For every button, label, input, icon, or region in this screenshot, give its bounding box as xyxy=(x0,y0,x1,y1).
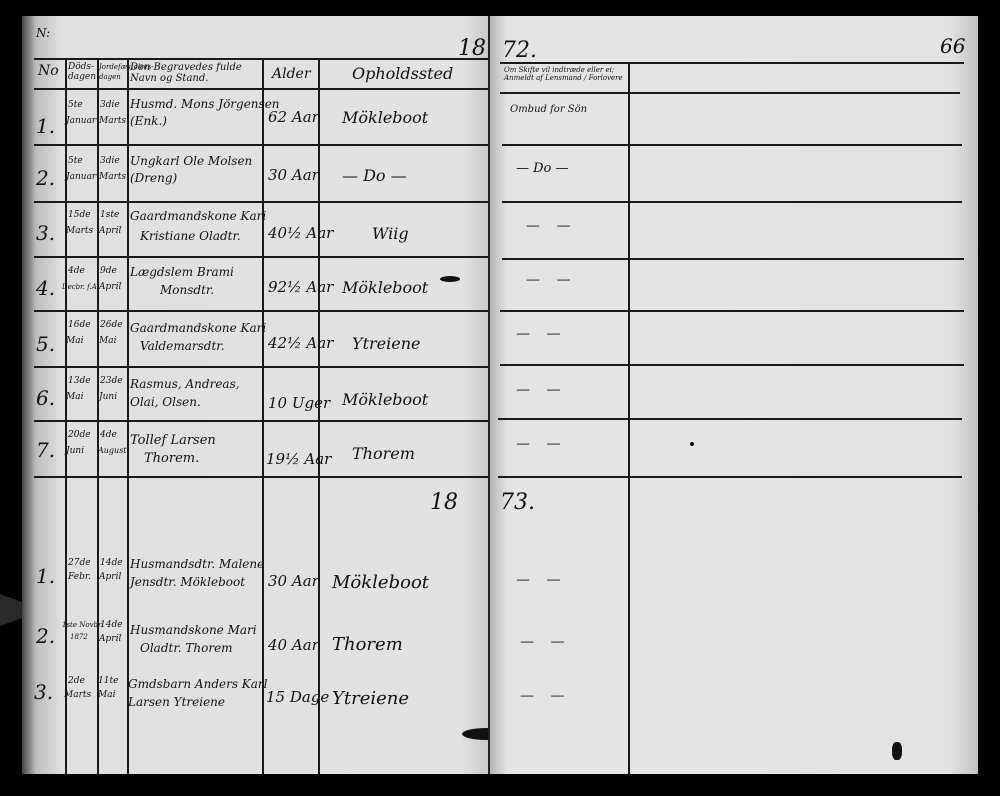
burial-month: Juni xyxy=(99,392,117,402)
row-number: 1. xyxy=(36,564,55,588)
death-month: Febr. xyxy=(68,572,91,582)
deceased-name: Tollef Larsen xyxy=(130,432,216,449)
deceased-status: (Enk.) xyxy=(130,113,167,130)
note-cell: — Do — xyxy=(516,161,569,176)
deceased-status: Kristiane Oladtr. xyxy=(140,228,241,245)
deceased-status: Olai, Olsen. xyxy=(130,394,201,411)
death-month: Mai xyxy=(66,392,83,402)
residence: Thorem xyxy=(332,634,403,655)
deceased-status: Valdemarsdtr. xyxy=(140,338,225,355)
death-month: Marts xyxy=(66,226,93,236)
burial-month: Mai xyxy=(98,690,115,700)
burial-day: 3die xyxy=(100,100,120,110)
age: 40½ Aar xyxy=(268,224,333,242)
note-cell: — — xyxy=(516,326,566,342)
death-day: 4de xyxy=(68,266,85,276)
death-day: 5te xyxy=(68,156,83,166)
row-number: 5. xyxy=(36,332,55,356)
burial-month: April xyxy=(99,634,121,644)
age: 62 Aar xyxy=(268,108,319,126)
deceased-name: Husmandskone Mari xyxy=(130,622,257,639)
burial-day: 26de xyxy=(100,320,123,330)
death-day: 20de xyxy=(68,430,91,440)
note-cell: Ombud for Sön xyxy=(510,104,587,115)
death-month: Marts xyxy=(64,690,91,700)
death-day: 15de xyxy=(68,210,91,220)
residence: Ytreiene xyxy=(352,334,420,353)
residence: Wiig xyxy=(372,224,409,243)
death-day: 27de xyxy=(68,558,91,568)
death-day: 13de xyxy=(68,376,91,386)
note-cell: — — xyxy=(526,218,576,234)
corner-mark: N: xyxy=(36,26,50,40)
death-day: 5te xyxy=(68,100,83,110)
burial-day: 4de xyxy=(100,430,117,440)
burial-day: 9de xyxy=(100,266,117,276)
residence: Ytreiene xyxy=(332,688,409,709)
residence: Mökleboot xyxy=(342,278,428,297)
column-header-age: Alder xyxy=(272,66,311,82)
residence: — Do — xyxy=(342,166,407,185)
age: 30 Aar xyxy=(268,166,319,184)
age: 42½ Aar xyxy=(268,334,333,352)
residence: Mökleboot xyxy=(332,572,429,593)
row-number: 1. xyxy=(36,114,55,138)
death-month: Januar xyxy=(66,172,96,182)
burial-month: Marts xyxy=(99,172,126,182)
burial-day: 14de xyxy=(100,620,123,630)
death-month: 1872 xyxy=(70,632,88,642)
year-label-right: 72. xyxy=(502,38,537,63)
year-section-left: 18 xyxy=(430,490,458,515)
note-cell: — — xyxy=(516,436,566,452)
death-month: Mai xyxy=(66,336,83,346)
burial-month: Mai xyxy=(99,336,116,346)
deceased-name: Husmd. Mons Jörgensen xyxy=(130,96,280,113)
age: 19½ Aar xyxy=(266,450,331,468)
ink-blot xyxy=(440,276,460,282)
burial-month: April xyxy=(99,226,121,236)
row-number: 4. xyxy=(36,276,55,300)
column-header-notes: Om Skifte vil indtræde eller ei; Anmeldt… xyxy=(504,66,626,82)
burial-month: Marts xyxy=(99,116,126,126)
ink-mark xyxy=(892,742,902,760)
deceased-status: Thorem. xyxy=(144,450,199,467)
column-header-residence: Opholdssted xyxy=(352,64,453,83)
left-page: N: 18 No Döds-dagen Jordefæstelses-dagen… xyxy=(22,16,492,774)
age: 30 Aar xyxy=(268,572,319,590)
year-section-right: 73. xyxy=(500,490,535,515)
deceased-name: Ungkarl Ole Molsen xyxy=(130,153,252,170)
column-header-death-date: Döds-dagen xyxy=(68,62,96,82)
note-cell: — — xyxy=(520,634,570,650)
column-header-no: No xyxy=(38,66,59,77)
death-day: 1ste Novbr. xyxy=(62,620,103,630)
burial-day: 14de xyxy=(100,558,123,568)
deceased-name: Rasmus, Andreas, xyxy=(130,376,240,393)
death-day: 2de xyxy=(68,676,85,686)
row-number: 3. xyxy=(36,221,55,245)
row-number: 2. xyxy=(36,166,55,190)
death-day: 16de xyxy=(68,320,91,330)
death-month: Januar xyxy=(66,116,96,126)
page-number: 66 xyxy=(940,34,965,58)
column-header-name: Den Begravedes fulde Navn og Stand. xyxy=(130,62,260,84)
death-month: Decbr. f.A. xyxy=(62,282,99,292)
age: 40 Aar xyxy=(268,636,319,654)
note-cell: — — xyxy=(516,572,566,588)
row-number: 7. xyxy=(36,438,55,462)
burial-day: 3die xyxy=(100,156,120,166)
burial-month: April xyxy=(99,282,121,292)
column-header-burial-date: Jordefæstelses-dagen xyxy=(99,62,127,82)
deceased-status: Monsdtr. xyxy=(160,282,214,299)
right-page: 72. 66 Om Skifte vil indtræde eller ei; … xyxy=(490,16,978,774)
burial-day: 1ste xyxy=(100,210,119,220)
burial-day: 11te xyxy=(98,676,118,686)
deceased-status: Larsen Ytreiene xyxy=(128,694,225,711)
note-cell: — — xyxy=(516,382,566,398)
burial-day: 23de xyxy=(100,376,123,386)
ledger-book: N: 18 No Döds-dagen Jordefæstelses-dagen… xyxy=(22,16,978,774)
age: 92½ Aar xyxy=(268,278,333,296)
burial-month: August xyxy=(98,446,127,456)
deceased-name: Lægdslem Brami xyxy=(130,264,234,281)
row-number: 3. xyxy=(34,680,53,704)
deceased-name: Gaardmandskone Kari xyxy=(130,320,266,337)
residence: Mökleboot xyxy=(342,390,428,409)
residence: Mökleboot xyxy=(342,108,428,127)
age: 15 Dage xyxy=(266,688,329,706)
age: 10 Uger xyxy=(268,394,330,412)
deceased-name: Husmandsdtr. Malene xyxy=(130,556,264,573)
deceased-name: Gmdsbarn Anders Karl xyxy=(128,676,268,693)
note-cell: — — xyxy=(526,272,576,288)
deceased-status: Oladtr. Thorem xyxy=(140,640,233,657)
note-cell: — — xyxy=(520,688,570,704)
residence: Thorem xyxy=(352,444,415,463)
row-number: 2. xyxy=(36,624,55,648)
burial-month: April xyxy=(99,572,121,582)
deceased-name: Gaardmandskone Kari xyxy=(130,208,266,225)
ink-speck xyxy=(690,442,694,446)
deceased-status: Jensdtr. Mökleboot xyxy=(130,574,245,591)
deceased-status: (Dreng) xyxy=(130,170,177,187)
death-month: Juni xyxy=(66,446,84,456)
row-number: 6. xyxy=(36,386,55,410)
